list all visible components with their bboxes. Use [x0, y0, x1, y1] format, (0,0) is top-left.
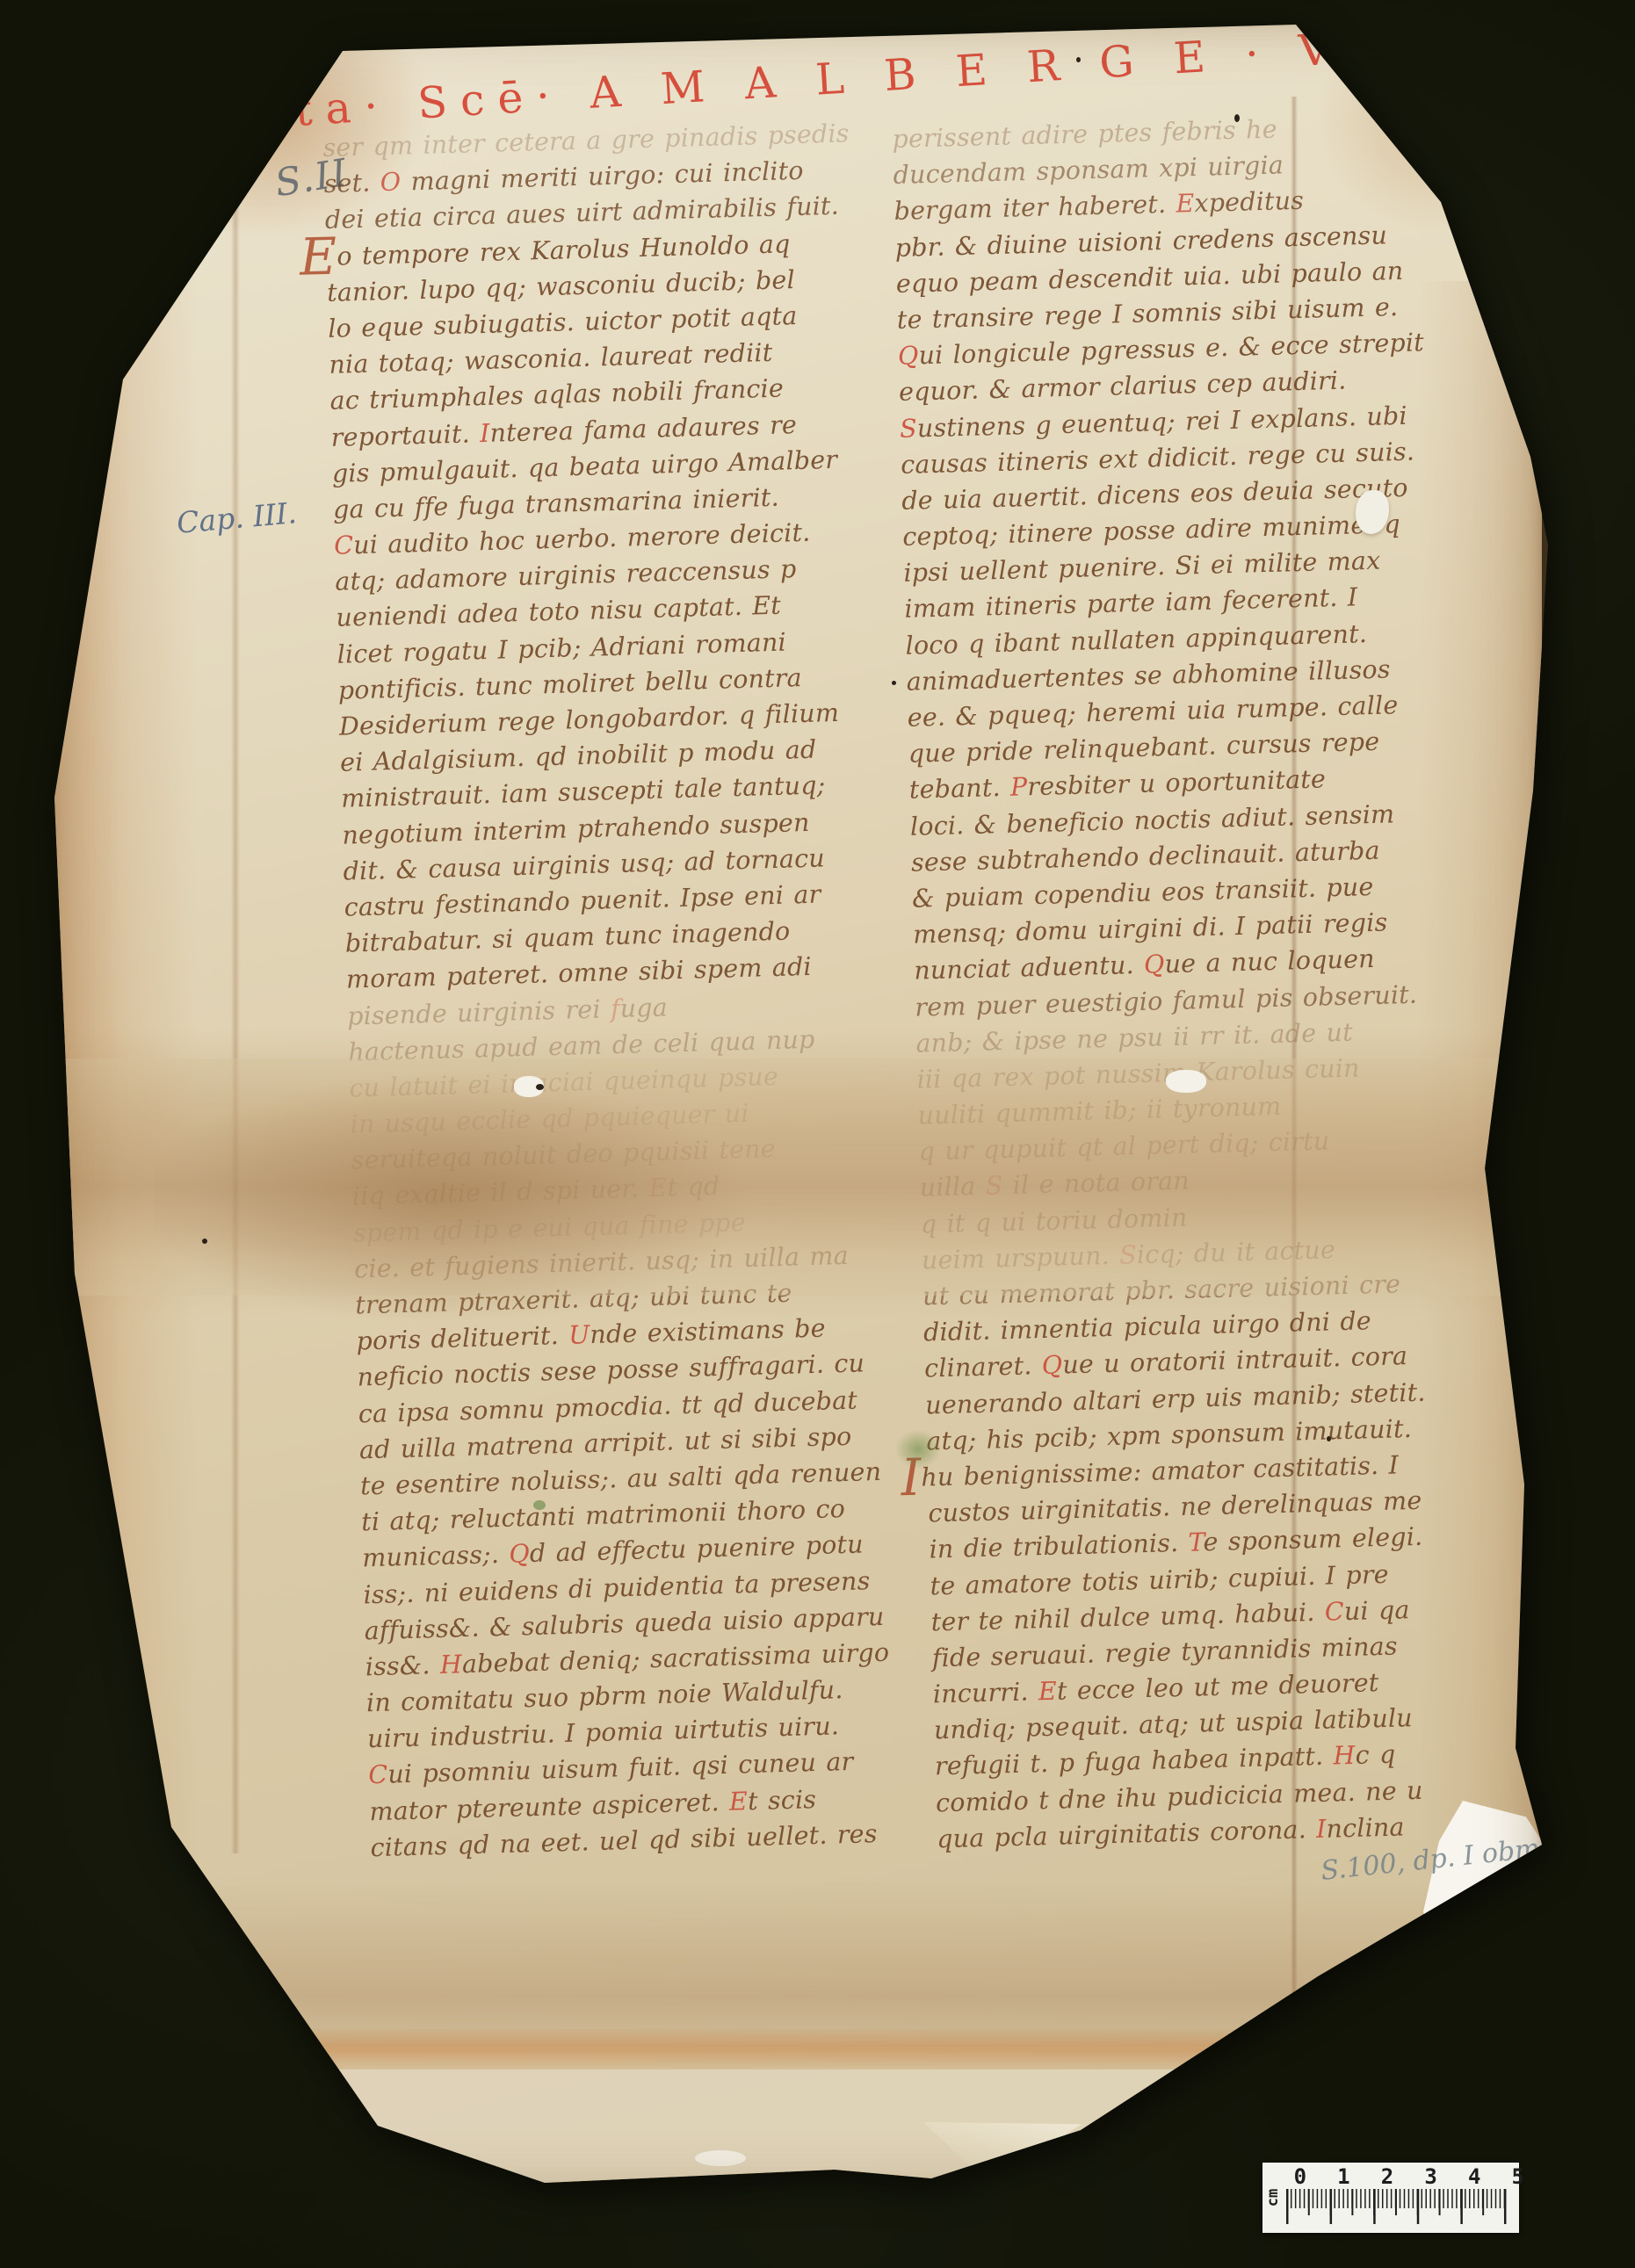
rubric-letter: I	[480, 418, 490, 447]
stain-left-edge	[48, 18, 198, 2200]
rubric-letter: S	[1119, 1240, 1138, 1270]
rubric-letter: E	[1038, 1677, 1058, 1707]
rubric-title-initial: U	[200, 71, 271, 165]
bottom-smudge-band	[48, 1880, 1542, 2047]
ruler-number: 1	[1322, 2164, 1366, 2189]
ruler-number: 3	[1409, 2164, 1453, 2189]
text-column-right: perissent adire ptes febris heducendam s…	[892, 105, 1557, 1858]
rubric-letter: T	[1188, 1528, 1204, 1557]
ruler-ticks	[1286, 2189, 1508, 2228]
rubric-letter: C	[368, 1760, 388, 1790]
rubric-letter: E	[729, 1787, 749, 1817]
speck	[1327, 1436, 1331, 1441]
ruler-number: 0	[1278, 2164, 1322, 2189]
ruler-numbers: 012345	[1278, 2164, 1540, 2189]
green-stain	[887, 1423, 949, 1476]
rubric-letter: P	[1010, 773, 1028, 802]
ruler-unit-label: cm	[1264, 2189, 1282, 2207]
speck	[536, 1084, 544, 1090]
fold-over-corner	[920, 2119, 1085, 2187]
damage-chip	[1166, 1070, 1206, 1093]
speck	[1234, 114, 1240, 122]
rubric-letter: S	[985, 1172, 1003, 1202]
rubric-letter: E	[648, 1174, 668, 1203]
ruler-number: 5	[1496, 2164, 1540, 2189]
rubric-letter: C	[334, 531, 354, 560]
green-stain-small	[533, 1500, 546, 1510]
ruler-number: 2	[1365, 2164, 1409, 2189]
rubric-letter: H	[439, 1650, 462, 1679]
speck	[892, 681, 896, 685]
ruler-number: 4	[1452, 2164, 1496, 2189]
rubric-letter: E	[1176, 189, 1195, 219]
damage-chip	[695, 2150, 746, 2166]
speck	[1076, 57, 1081, 62]
manuscript-photo: Uita· Scē· A M A L B E R G E · V S.II Ca…	[0, 0, 1635, 2268]
rubric-letter: H	[1333, 1741, 1356, 1771]
scale-ruler: cm 012345	[1262, 2163, 1519, 2233]
rubric-letter: C	[1324, 1597, 1344, 1627]
speck	[202, 1239, 207, 1244]
chapter-margin-note: Cap. III.	[176, 495, 299, 540]
bottom-fold-crease	[48, 2029, 1542, 2069]
parchment-leaf: Uita· Scē· A M A L B E R G E · V S.II Ca…	[48, 18, 1542, 2200]
rubric-letter: Q	[509, 1539, 530, 1569]
rubric-letter: O	[380, 168, 401, 198]
rubric-letter: U	[568, 1320, 590, 1350]
vertical-crease-left	[231, 70, 240, 1853]
rubric-letter: Q	[1041, 1351, 1062, 1381]
rubric-letter: Q	[1144, 950, 1165, 980]
rubric-letter: S	[900, 414, 918, 444]
text-column-left: ser qm inter cetera a gre pinadis psedis…	[322, 116, 885, 1867]
rubric-letter: Q	[898, 341, 919, 371]
